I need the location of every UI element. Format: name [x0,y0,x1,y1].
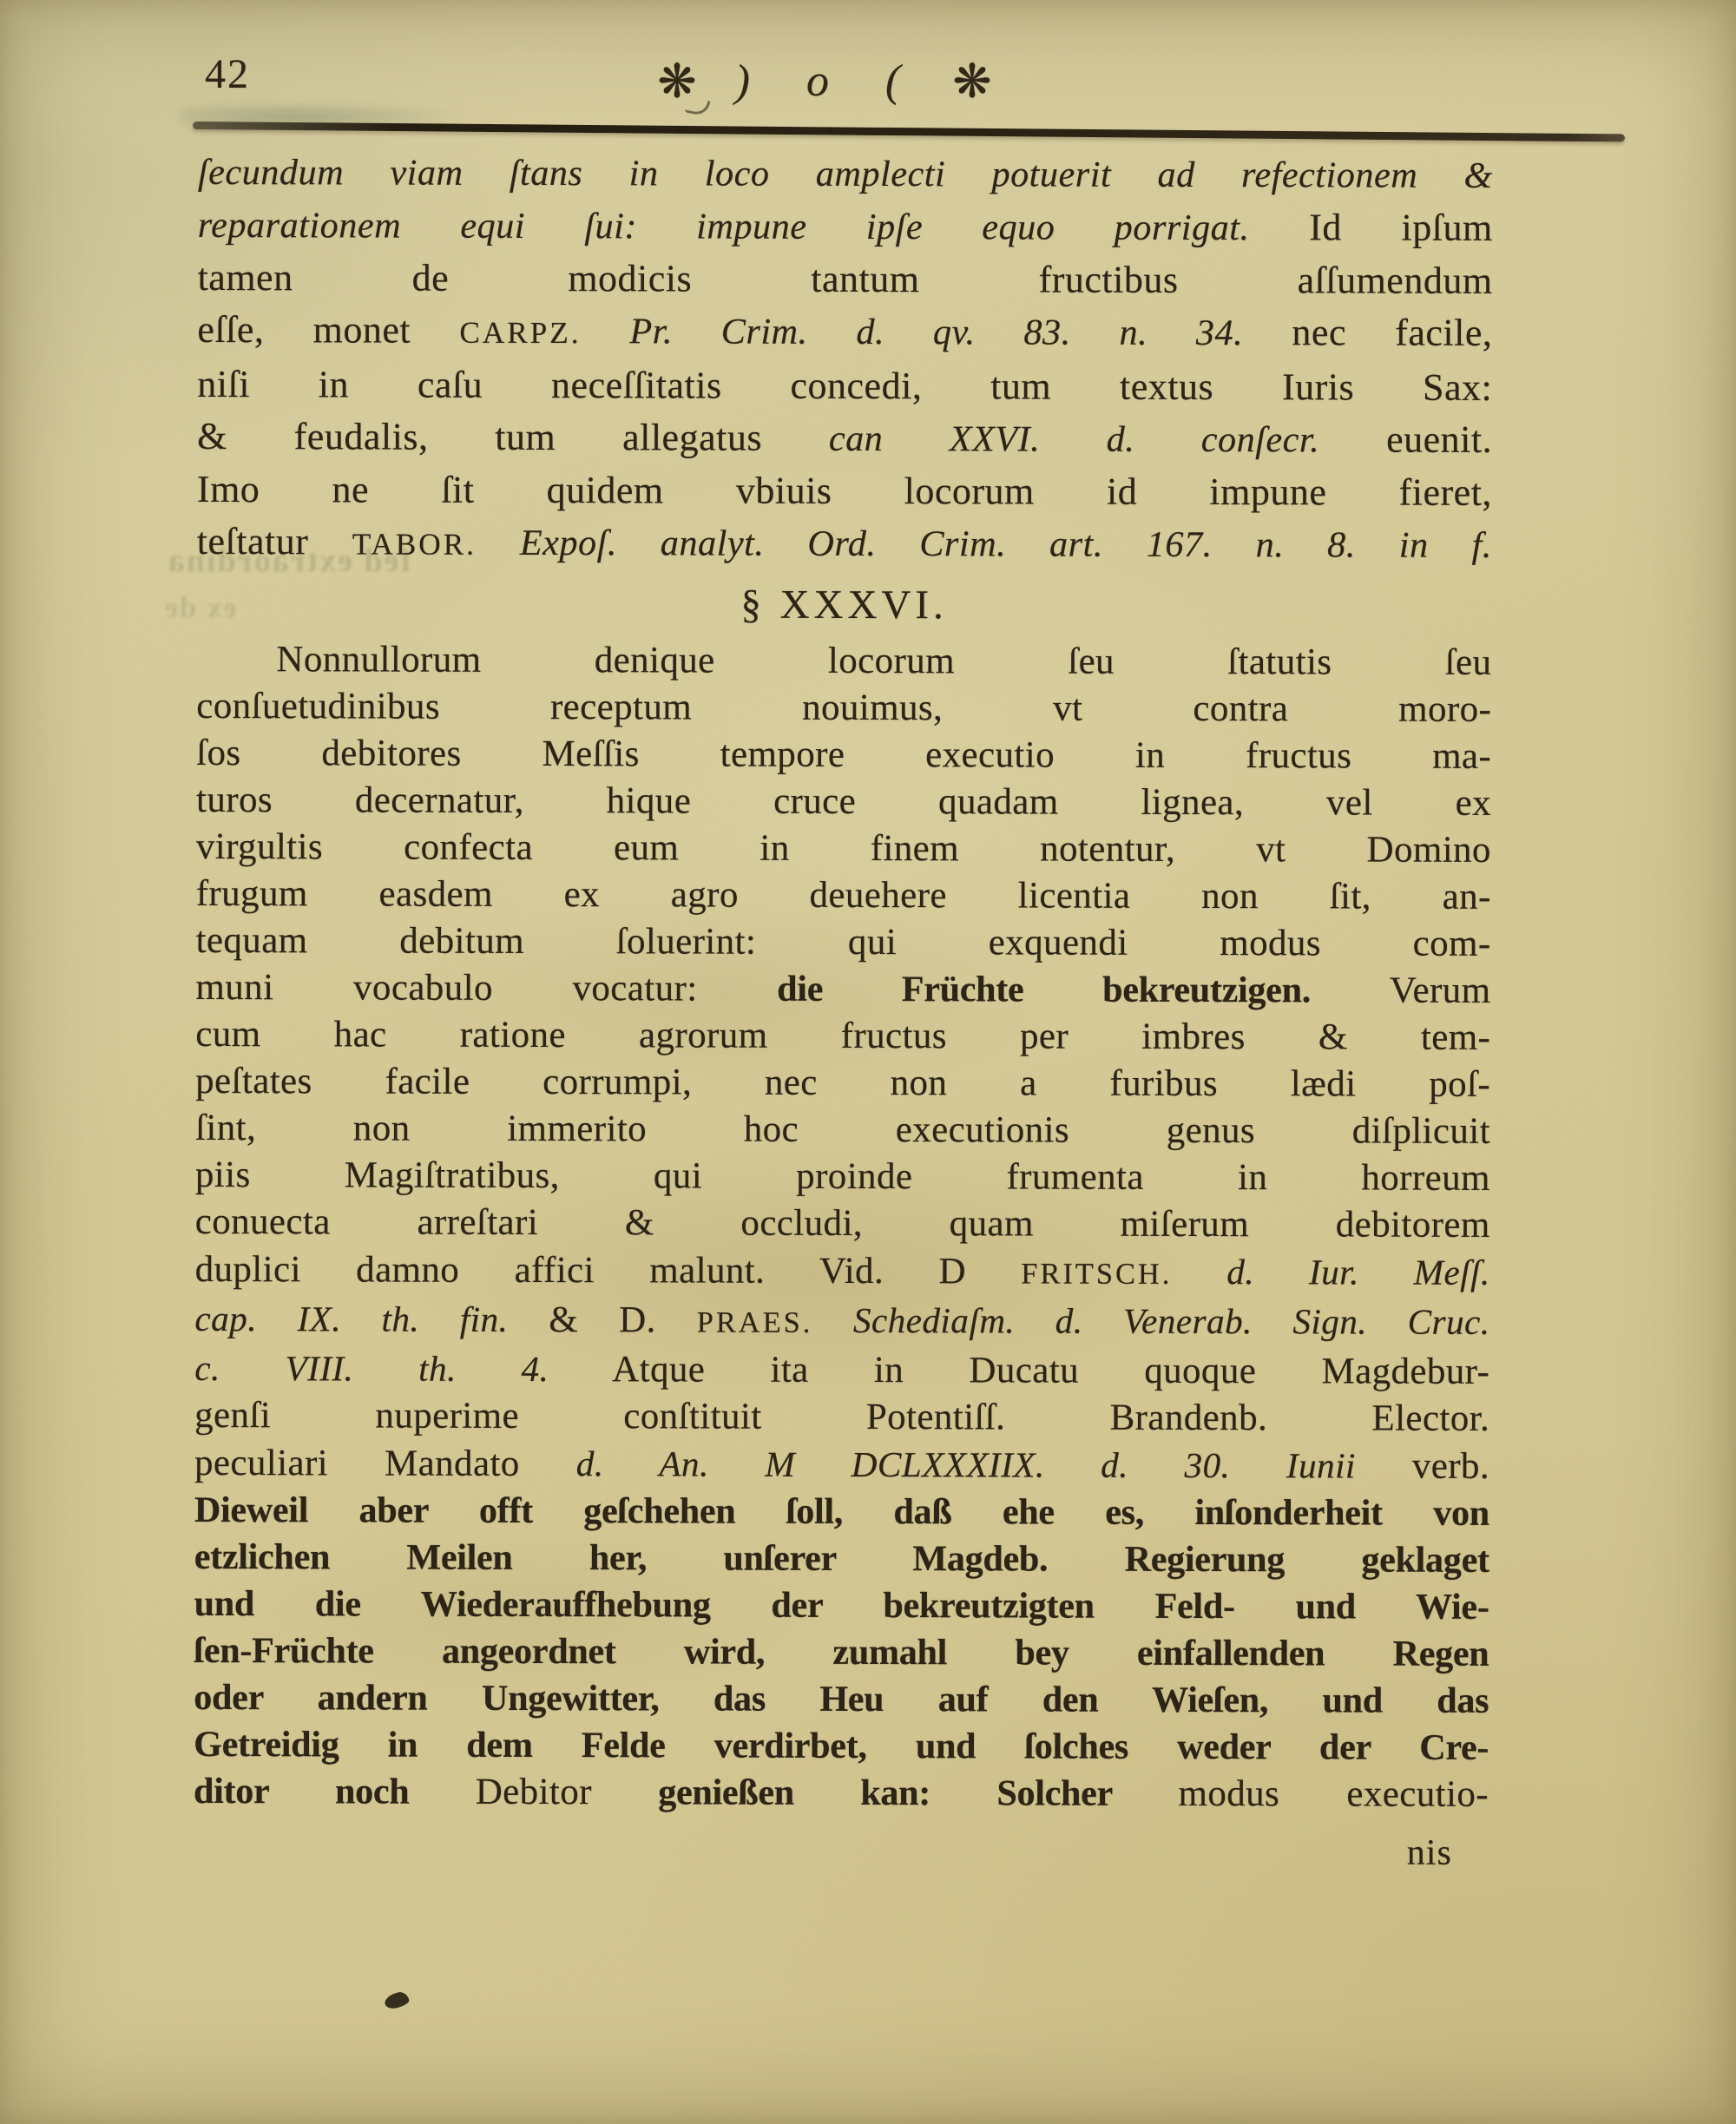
text-line: reparationem equi ſui: impune ipſe equo … [198,199,1493,255]
text-segment-ro: peſtates facile corrumpi, nec non a furi… [195,1061,1490,1105]
text-segment-it: ſecundum viam ſtans in loco amplecti pot… [198,152,1493,196]
ornament-parentheses: ) o ( [727,56,924,107]
section-heading: § XXXVI. [197,570,1492,640]
text-segment-ro: Imo ne ſit quidem vbiuis locorum id impu… [197,468,1492,514]
text-line: conſuetudinibus receptum nouimus, vt con… [196,683,1491,733]
text-segment-it: d. Iur. Meſſ. [1172,1252,1489,1292]
text-line: cum hac ratione agrorum fructus per imbr… [195,1011,1490,1062]
text-segment-ro: modus executio- [1178,1773,1489,1815]
text-segment-sc: FRITSCH. [1021,1257,1172,1290]
text-segment-it: Schediaſm. d. Venerab. Sign. Cruc. [812,1300,1489,1342]
text-segment-ro: muni vocabulo vocatur: [195,967,777,1009]
text-line: & feudalis, tum allegatus can XXVI. d. c… [197,411,1492,467]
text-line: Imo ne ſit quidem vbiuis locorum id impu… [197,464,1492,519]
text-line: Nonnullorum denique locorum ſeu ſtatutis… [196,636,1491,687]
text-segment-it: Expoſ. analyt. Ord. Crim. art. 167. n. 8… [477,523,1492,566]
text-segment-ro: Verum [1311,970,1491,1011]
text-line: teſtatur TABOR. Expoſ. analyt. Ord. Crim… [197,516,1492,574]
text-segment-it: c. VIII. th. 4. [194,1348,549,1389]
text-line: ditor noch Debitor genießen kan: Solcher… [194,1768,1489,1818]
ink-blot [383,1990,410,2010]
text-line: turos decernatur, hique cruce quadam lig… [196,777,1491,827]
text-segment-ro: peculiari Mandato [194,1443,576,1484]
text-segment-sc: PRAES. [697,1306,813,1339]
text-line: Dieweil aber offt geſchehen ſoll, daß eh… [194,1487,1489,1537]
text-segment-fr: oder andern Ungewitter, das Heu auf den … [194,1677,1489,1721]
text-line: conuecta arreſtari & occludi, quam miſer… [195,1199,1490,1249]
text-segment-ro: frugum easdem ex agro deuehere licentia … [196,873,1491,917]
text-block: ſecundum viam ſtans in loco amplecti pot… [194,146,1493,1874]
text-segment-ro: tamen de modicis tantum fructibus aſſume… [198,256,1493,302]
text-segment-fr: und die Wiederauffhebung der bekreutzigt… [194,1583,1489,1628]
text-segment-ro: ſos debitores Meſſis tempore executio in… [196,733,1491,777]
text-line: ſint, non immerito hoc executionis genus… [195,1105,1490,1155]
text-line: oder andern Ungewitter, das Heu auf den … [194,1674,1489,1725]
text-segment-ro: nec facile, [1243,311,1492,354]
text-line: tequam debitum ſoluerint: qui exquendi m… [196,917,1491,968]
text-line: peculiari Mandato d. An. M DCLXXXIIX. d.… [194,1439,1489,1490]
text-line: muni vocabulo vocatur: die Früchte bekre… [195,964,1490,1015]
text-line: etzlichen Meilen her, unſerer Magdeb. Re… [194,1534,1489,1584]
text-segment-ro: teſtatur [197,520,352,562]
text-line: ſen-Früchte angeordnet wird, zumahl bey … [194,1628,1489,1678]
text-line: peſtates facile corrumpi, nec non a furi… [195,1058,1490,1108]
text-segment-ro: cum hac ratione agrorum fructus per imbr… [195,1014,1490,1058]
text-segment-it: d. An. M DCLXXXIIX. d. 30. Iunii [576,1443,1356,1485]
text-line: ſos debitores Meſſis tempore executio in… [196,730,1491,780]
text-segment-sc: CARPZ. [459,316,581,350]
text-segment-it: reparationem equi ſui: impune ipſe equo … [198,205,1250,248]
text-segment-ro: & D. [508,1299,697,1341]
text-line: genſi nuperime conſtituit Potentiſſ. Bra… [194,1392,1489,1443]
text-segment-fr: genießen kan: Solcher [592,1772,1179,1814]
text-segment-ro: Atque ita in Ducatu quoque Magdebur- [549,1349,1489,1392]
text-line: ſecundum viam ſtans in loco amplecti pot… [198,146,1493,202]
text-segment-ro: Nonnullorum denique locorum ſeu ſtatutis… [276,639,1491,683]
header-ornament: ❋ ) o ( ❋ [599,42,1050,120]
text-line: c. VIII. th. 4. Atque ita in Ducatu quoq… [194,1345,1489,1396]
text-segment-it: cap. IX. th. fin. [194,1299,508,1339]
text-segment-ro: duplici damno affici malunt. Vid. D [195,1249,1022,1292]
text-line: eſſe, monet CARPZ. Pr. Crim. d. qv. 83. … [197,304,1492,362]
fleuron-icon: ❋ [952,54,991,109]
text-segment-fr: die Früchte bekreutzigen. [777,969,1311,1011]
text-segment-ro: piis Magiſtratibus, qui proinde frumenta… [195,1154,1490,1199]
text-segment-sc: TABOR. [352,527,477,561]
text-segment-ro: Debitor [476,1772,592,1812]
text-segment-ro: turos decernatur, hique cruce quadam lig… [196,779,1491,824]
text-segment-ro: virgultis confecta eum in finem notentur… [196,826,1491,871]
text-line: tamen de modicis tantum fructibus aſſume… [198,252,1493,307]
text-segment-ro: Id ipſum [1249,206,1492,249]
text-segment-ro: eſſe, monet [197,308,459,352]
text-segment-ro: euenit. [1319,418,1492,461]
text-segment-ro: conſuetudinibus receptum nouimus, vt con… [196,686,1491,730]
text-line: niſi in caſu neceſſitatis concedi, tum t… [197,358,1492,414]
text-segment-ro: & feudalis, tum allegatus [197,415,829,459]
text-segment-ro: conuecta arreſtari & occludi, quam miſer… [195,1201,1490,1246]
latin-german-paragraph: Nonnullorum denique locorum ſeu ſtatutis… [194,636,1492,1818]
text-segment-ro: verb. [1356,1445,1489,1486]
text-line: cap. IX. th. fin. & D. PRAES. Schediaſm.… [194,1295,1489,1348]
text-segment-fr: etzlichen Meilen her, unſerer Magdeb. Re… [194,1536,1489,1581]
text-segment-ro: genſi nuperime conſtituit Potentiſſ. Bra… [194,1395,1489,1439]
text-line: und die Wiederauffhebung der bekreutzigt… [194,1581,1489,1631]
text-line: piis Magiſtratibus, qui proinde frumenta… [195,1152,1490,1202]
text-segment-ro: ſint, non immerito hoc executionis genus… [195,1108,1490,1152]
latin-paragraph-continued: ſecundum viam ſtans in loco amplecti pot… [197,146,1493,574]
page-number: 42 [205,50,250,98]
text-segment-it: Pr. Crim. d. qv. 83. n. 34. [582,311,1244,353]
text-segment-ro: tequam debitum ſoluerint: qui exquendi m… [196,920,1491,964]
text-segment-it: can XXVI. d. conſecr. [829,418,1320,460]
text-segment-fr: Dieweil aber offt geſchehen ſoll, daß eh… [194,1489,1489,1534]
header-rule [193,122,1625,141]
text-line: virgultis confecta eum in finem notentur… [196,824,1491,874]
text-segment-fr: ſen-Früchte angeordnet wird, zumahl bey … [194,1630,1489,1674]
text-line: Getreidig in dem Felde verdirbet, und ſo… [194,1721,1489,1772]
text-line: frugum easdem ex agro deuehere licentia … [196,871,1491,921]
catchword: nis [194,1829,1489,1874]
text-segment-fr: Getreidig in dem Felde verdirbet, und ſo… [194,1724,1489,1768]
book-page: ſed extraordina ex de 42 ❋ ) o ( ❋ ſecun… [0,0,1736,2124]
text-segment-fr: ditor noch [194,1771,476,1812]
text-segment-ro: niſi in caſu neceſſitatis concedi, tum t… [197,363,1492,409]
text-line: duplici damno affici malunt. Vid. D FRIT… [195,1246,1490,1299]
